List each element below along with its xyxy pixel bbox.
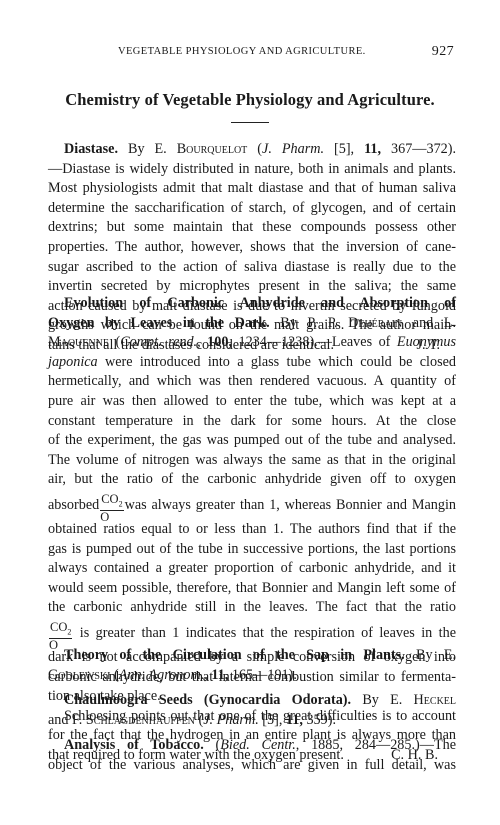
text-line: Most physiologists admit that malt diast…	[48, 179, 456, 199]
fraction-line: CO2O is greater than 1 indicates that th…	[48, 618, 456, 648]
text: is greater than 1 indicates that the res…	[80, 625, 456, 641]
text-line: the carbonic anhydride still in the leav…	[48, 598, 456, 618]
section-title: Chemistry of Vegetable Physiology and Ag…	[0, 90, 500, 110]
article-title: Diastase.	[64, 141, 118, 157]
article-title: Theory of the Circulation of the Sap in …	[64, 647, 405, 663]
author: Schlagdenhauffen	[86, 712, 195, 728]
author: Bourquelot	[177, 141, 248, 157]
article-title-line1: Evolution of Carbonic Anhydride and Abso…	[48, 294, 456, 314]
and: and L.	[413, 315, 456, 331]
text-line: —Diastase is widely distributed in natur…	[48, 160, 456, 180]
text-line: japonica were introduced into a glass tu…	[48, 353, 456, 373]
text-line: properties. The author, however, shows t…	[48, 238, 456, 258]
text-line: would seem possible, therefore, that Bon…	[48, 579, 456, 599]
pages: 1234—1238).—Leaves of	[239, 334, 391, 350]
text-line: object of the various analyses, which ar…	[48, 756, 456, 776]
author: Heckel	[414, 692, 456, 708]
text-line: gas is pumped out of the tube in success…	[48, 540, 456, 560]
article-title-line2: Oxygen by Leaves in the Dark.	[48, 315, 270, 331]
journal: Ann. Agronom.,	[119, 667, 208, 683]
pages: 367—372).	[391, 141, 456, 157]
running-head-title: VEGETABLE PHYSIOLOGY AND AGRICULTURE.	[118, 46, 366, 57]
article-heading-line: Diastase. By E. Bourquelot (J. Pharm. [5…	[48, 140, 456, 160]
article-title: Analysis of Tobacco.	[64, 737, 204, 753]
series: [5],	[334, 141, 354, 157]
article-title: Chaulmoogra Seeds (Gynocardia Odorata).	[64, 692, 351, 708]
and: and F.	[48, 712, 82, 728]
text-line: constant temperature in the dark for som…	[48, 412, 456, 432]
page-number: 927	[432, 44, 454, 60]
text-line: determine the saccharification of starch…	[48, 199, 456, 219]
text-line: pure air was then allowed to enter the t…	[48, 392, 456, 412]
reference-line: and F. Schlagdenhauffen (J. Pharm. [5], …	[48, 711, 456, 731]
subscript: 2	[67, 627, 71, 636]
pages: 1885, 284—285.)—The	[311, 737, 456, 753]
text: was always greater than 1, whereas Bonni…	[125, 497, 456, 513]
text-line: of the experiment, the gas was pumped ou…	[48, 431, 456, 451]
text-line: air, but the ratio of the carbonic anhyd…	[48, 470, 456, 490]
article-chaulmoogra: Chaulmoogra Seeds (Gynocardia Odorata). …	[48, 691, 456, 730]
volume: 11,	[364, 141, 381, 157]
journal: Bied. Centr.,	[220, 737, 299, 753]
journal: J. Pharm.	[262, 141, 324, 157]
byline: By E.	[362, 692, 402, 708]
pages: 359).	[306, 712, 336, 728]
byline: By E.	[416, 647, 456, 663]
text-line: The volume of nitrogen was always the sa…	[48, 451, 456, 471]
text-line: sugar ascribed to the action of saliva d…	[48, 258, 456, 278]
series: [5],	[262, 712, 282, 728]
pages: 165—191).	[232, 667, 297, 683]
volume: 11,	[211, 667, 228, 683]
byline: By P. P.	[280, 315, 337, 331]
co2-over-o-fraction: CO2O	[100, 493, 123, 525]
journal: J. Pharm.	[203, 712, 259, 728]
author: Dehérain	[348, 315, 402, 331]
text-line: always contained a greater proportion of…	[48, 559, 456, 579]
species: Euonymus	[397, 334, 456, 350]
title-rule	[231, 122, 269, 123]
denominator: O	[100, 511, 123, 524]
article-sap-circulation: Theory of the Circulation of the Sap in …	[48, 646, 456, 685]
text: were introduced into a glass tube which …	[105, 354, 456, 370]
reference-line: Godlewski (Ann. Agronom., 11, 165—191).	[48, 666, 456, 686]
volume: 11,	[286, 712, 303, 728]
species: japonica	[48, 354, 98, 370]
article-tobacco: Analysis of Tobacco. (Bied. Centr., 1885…	[48, 736, 456, 775]
reference-line: Maquenne (Compt. rend., 100, 1234—1238).…	[48, 333, 456, 353]
subscript: 2	[119, 499, 123, 508]
article-heading-line: Analysis of Tobacco. (Bied. Centr., 1885…	[48, 736, 456, 756]
volume: 100,	[207, 334, 232, 350]
author: Maquenne	[48, 334, 109, 350]
numerator: CO	[50, 620, 67, 634]
article-heading-line: Theory of the Circulation of the Sap in …	[48, 646, 456, 666]
article-heading-line: Chaulmoogra Seeds (Gynocardia Odorata). …	[48, 691, 456, 711]
numerator: CO	[101, 492, 118, 506]
byline: By E.	[128, 141, 167, 157]
article-heading-line2: Oxygen by Leaves in the Dark. By P. P. D…	[48, 314, 456, 334]
author: Godlewski	[48, 667, 110, 683]
journal: Compt. rend.,	[120, 334, 200, 350]
text-line: hermetically, and which was then rendere…	[48, 372, 456, 392]
text-line: dextrins; but some maintain that these c…	[48, 218, 456, 238]
text: absorbed	[48, 497, 99, 513]
fraction-line: absorbedCO2Owas always greater than 1, w…	[48, 490, 456, 520]
